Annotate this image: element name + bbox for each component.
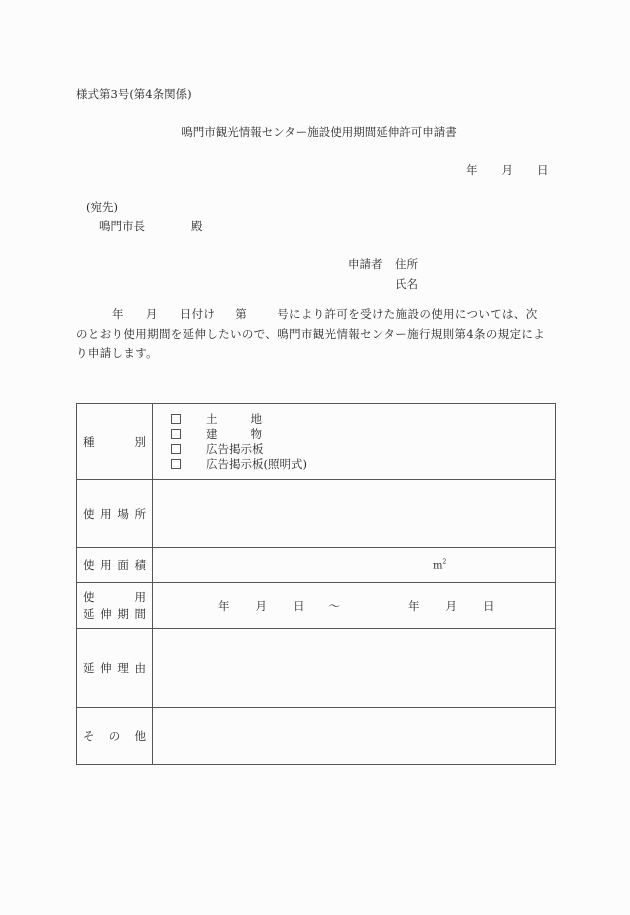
- table-row-area: 使 用 面 積 m2: [77, 548, 556, 583]
- application-date[interactable]: 年月日: [466, 162, 549, 178]
- checkbox-land[interactable]: [171, 414, 181, 424]
- period-to-year[interactable]: 年: [408, 598, 420, 614]
- statement-line-1: 年月日付け第号により許可を受けた施設の使用については、次: [76, 305, 558, 325]
- extension-period-field[interactable]: 年 月 日 ～ 年 月 日: [153, 583, 556, 629]
- reason-label: 延 伸 理 由: [77, 629, 153, 708]
- reason-field[interactable]: [153, 629, 556, 708]
- other-label: そ の 他: [77, 708, 153, 765]
- table-row-reason: 延 伸 理 由: [77, 629, 556, 708]
- category-options: 土地 建物 広告掲示板 広告掲示板(照明式): [153, 404, 556, 480]
- applicant-address-field[interactable]: 住所: [395, 256, 418, 276]
- addressee-label: (宛先): [86, 199, 118, 215]
- category-label: 種 別: [77, 404, 153, 480]
- location-label: 使 用 場 所: [77, 480, 153, 548]
- table-row-other: そ の 他: [77, 708, 556, 765]
- period-from-day[interactable]: 日: [293, 598, 305, 614]
- permit-day-field[interactable]: 日付け: [180, 307, 216, 321]
- table-row-extension-period: 使 用 延 伸 期 間 年 月 日 ～ 年 月: [77, 583, 556, 629]
- addressee-honorific: 殿: [191, 219, 203, 233]
- date-year-label: 年: [466, 162, 478, 178]
- period-from-year[interactable]: 年: [218, 598, 230, 614]
- option-building[interactable]: 建物: [171, 427, 555, 442]
- date-month-label: 月: [502, 162, 514, 178]
- table-row-location: 使 用 場 所: [77, 480, 556, 548]
- statement-line-3: り申請します。: [76, 344, 558, 364]
- permit-year-field[interactable]: 年: [112, 307, 124, 321]
- area-field[interactable]: m2: [153, 548, 556, 583]
- document-title: 鳴門市観光情報センター施設使用期間延伸許可申請書: [0, 124, 630, 140]
- period-separator: ～: [329, 598, 341, 614]
- applicant-name-field[interactable]: 氏名: [395, 276, 418, 296]
- location-field[interactable]: [153, 480, 556, 548]
- checkbox-building[interactable]: [171, 429, 181, 439]
- checkbox-billboard[interactable]: [171, 444, 181, 454]
- form-number: 様式第3号(第4条関係): [76, 86, 192, 102]
- applicant-block: 申請者 住所 氏名: [348, 256, 418, 296]
- area-label: 使 用 面 積: [77, 548, 153, 583]
- option-illuminated-billboard[interactable]: 広告掲示板(照明式): [171, 457, 555, 472]
- option-land[interactable]: 土地: [171, 412, 555, 427]
- date-day-label: 日: [537, 162, 549, 178]
- table-row-category: 種 別 土地 建物 広告掲示板 広告掲示板(照明式): [77, 404, 556, 480]
- other-field[interactable]: [153, 708, 556, 765]
- application-form-table: 種 別 土地 建物 広告掲示板 広告掲示板(照明式): [76, 403, 556, 765]
- permit-number-field[interactable]: 第: [235, 307, 247, 321]
- option-billboard[interactable]: 広告掲示板: [171, 442, 555, 457]
- period-from-month[interactable]: 月: [256, 598, 268, 614]
- period-to-day[interactable]: 日: [483, 598, 495, 614]
- addressee: 鳴門市長殿: [99, 218, 203, 234]
- checkbox-illuminated-billboard[interactable]: [171, 459, 181, 469]
- statement-line-2: のとおり使用期間を延伸したいので、鳴門市観光情報センター施行規則第4条の規定によ: [76, 325, 558, 345]
- extension-period-label: 使 用 延 伸 期 間: [77, 583, 153, 629]
- addressee-name: 鳴門市長: [99, 219, 145, 233]
- square-meter-unit: m2: [433, 559, 446, 572]
- permit-month-field[interactable]: 月: [146, 307, 158, 321]
- application-statement: 年月日付け第号により許可を受けた施設の使用については、次 のとおり使用期間を延伸…: [76, 305, 558, 364]
- applicant-role-label: 申請者: [348, 256, 395, 276]
- period-to-month[interactable]: 月: [446, 598, 458, 614]
